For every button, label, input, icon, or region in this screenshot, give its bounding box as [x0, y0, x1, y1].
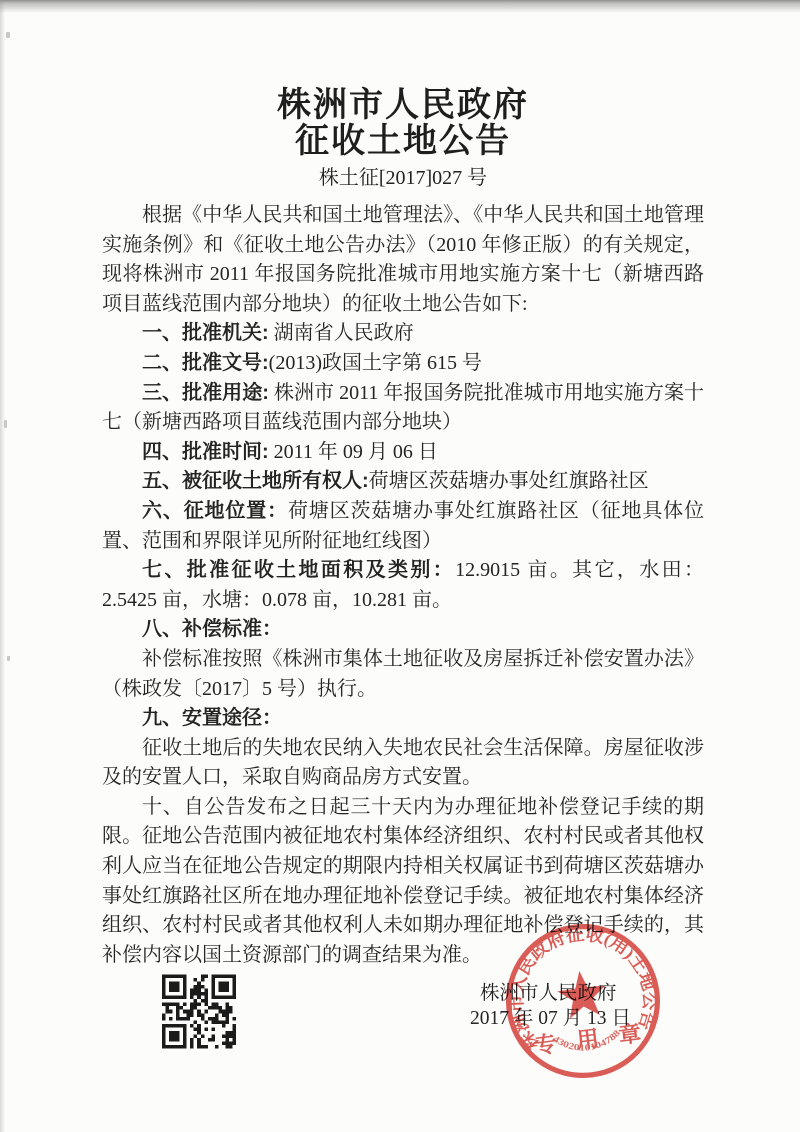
paragraph-item-2: 二、批准文号:(2013)政国土字第 615 号 [102, 349, 704, 379]
paragraph-item-4: 四、批准时间: 2011 年 09 月 06 日 [102, 438, 704, 468]
paragraph-item-5: 五、被征收土地所有权人:荷塘区茨菇塘办事处红旗路社区 [102, 467, 704, 497]
star-icon [555, 968, 609, 1020]
page-title-issuer: 株洲市人民政府 [102, 88, 704, 124]
item-7-label: 七、批准征收土地面积及类别： [142, 559, 455, 581]
official-seal-stamp: 株洲市人民政府征收(用)土地公告 专用章 4302010104788 [503, 921, 663, 1081]
document-body: 根据《中华人民共和国土地管理法》、《中华人民共和国土地管理实施条例》和《征收土地… [102, 201, 704, 970]
paragraph-item-6: 六、征地位置：荷塘区茨菇塘办事处红旗路社区（征地具体位置、范围和界限详见所附征地… [102, 497, 704, 556]
paragraph-item-9-body: 征收土地后的失地农民纳入失地农民社会生活保障。房屋征收涉及的安置人口，采取自购商… [102, 734, 704, 793]
paragraph-item-8: 八、补偿标准： [102, 615, 704, 645]
item-1-label: 一、批准机关: [142, 322, 269, 344]
item-3-label: 三、批准用途: [142, 382, 269, 404]
scan-speck [7, 656, 10, 661]
page-title-subject: 征收土地公告 [102, 124, 704, 160]
paragraph-item-7: 七、批准征收土地面积及类别：12.9015 亩。其它，水田：2.5425 亩，水… [102, 556, 704, 615]
qr-code-icon [162, 973, 236, 1050]
scanned-document-page: 株洲市人民政府 征收土地公告 株土征[2017]027 号 根据《中华人民共和国… [0, 0, 800, 1132]
item-6-label: 六、征地位置： [142, 500, 288, 522]
scan-speck [4, 420, 7, 428]
document-content: 株洲市人民政府 征收土地公告 株土征[2017]027 号 根据《中华人民共和国… [102, 88, 704, 970]
item-9-label: 九、安置途径： [142, 707, 282, 729]
paragraph-item-3: 三、批准用途: 株洲市 2011 年报国务院批准城市用地实施方案十七（新塘西路项… [102, 379, 704, 438]
paragraph-item-1: 一、批准机关: 湖南省人民政府 [102, 319, 704, 349]
scan-edge-shadow-left [0, 0, 5, 1132]
paragraph-item-9: 九、安置途径： [102, 704, 704, 734]
item-5-label: 五、被征收土地所有权人: [142, 470, 369, 492]
seal-center-label: 专用章 [533, 1020, 643, 1059]
paragraph-item-8-body: 补偿标准按照《株洲市集体土地征收及房屋拆迁补偿安置办法》（株政发〔2017〕5 … [102, 645, 704, 704]
item-4-label: 四、批准时间: [142, 441, 269, 463]
scan-edge-shadow-top [0, 0, 800, 14]
paragraph-intro: 根据《中华人民共和国土地管理法》、《中华人民共和国土地管理实施条例》和《征收土地… [102, 201, 704, 319]
item-2-label: 二、批准文号: [142, 352, 269, 374]
item-8-label: 八、补偿标准： [142, 618, 282, 640]
document-number: 株土征[2017]027 号 [102, 166, 704, 190]
scan-speck [6, 32, 10, 38]
